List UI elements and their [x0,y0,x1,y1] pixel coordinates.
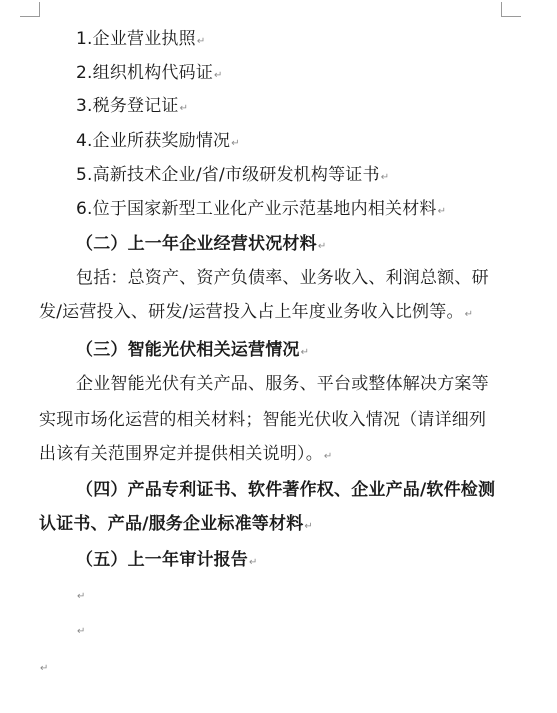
paragraph-mark-icon: ↵ [231,132,240,156]
list-item: 3.税务登记证↵ [76,94,188,121]
paragraph-mark-icon: ↵ [324,445,333,469]
section-3-body-line-2: 实现市场化运营的相关材料；智能光伏收入情况（请详细列 [39,408,486,432]
paragraph-mark-icon: ↵ [381,166,390,190]
empty-paragraph: ↵ [39,654,49,681]
section-heading-4-line-1: （四）产品专利证书、软件著作权、企业产品/软件检测 [76,478,495,502]
paragraph-mark-icon: ↵ [465,303,474,327]
section-2-body-line-1: 包括：总资产、资产负债率、业务收入、利润总额、研 [76,266,489,290]
empty-paragraph: ↵ [76,582,86,609]
section-heading-4-line-2: 认证书、产品/服务企业标准等材料↵ [39,512,313,539]
list-item: 1.企业营业执照↵ [76,27,205,54]
section-3-body-line-3: 出该有关范围界定并提供相关说明）。↵ [39,442,333,469]
paragraph-mark-icon: ↵ [318,235,327,259]
paragraph-mark-icon: ↵ [438,200,447,224]
paragraph-mark-icon: ↵ [304,515,313,539]
empty-paragraph: ↵ [76,617,86,644]
list-item: 5.高新技术企业/省/市级研发机构等证书↵ [76,163,389,190]
list-item: 4.企业所获奖励情况↵ [76,129,240,156]
paragraph-mark-icon: ↵ [77,620,86,644]
paragraph-mark-icon: ↵ [301,341,310,365]
list-item: 2.组织机构代码证↵ [76,61,223,88]
paragraph-mark-icon: ↵ [214,64,223,88]
page-corner-mark-top-right [501,2,521,17]
section-heading-2: （二）上一年企业经营状况材料↵ [76,232,326,259]
page-corner-mark-top-left [20,2,40,17]
section-3-body-line-1: 企业智能光伏有关产品、服务、平台或整体解决方案等 [76,372,489,396]
section-2-body-line-2: 发/运营投入、研发/运营投入占上年度业务收入比例等。↵ [39,300,473,327]
paragraph-mark-icon: ↵ [77,585,86,609]
paragraph-mark-icon: ↵ [249,551,258,575]
list-item: 6.位于国家新型工业化产业示范基地内相关材料↵ [76,197,446,224]
paragraph-mark-icon: ↵ [180,97,189,121]
section-heading-3: （三）智能光伏相关运营情况↵ [76,338,309,365]
paragraph-mark-icon: ↵ [40,657,49,681]
paragraph-mark-icon: ↵ [197,30,206,54]
section-heading-5: （五）上一年审计报告↵ [76,548,258,575]
